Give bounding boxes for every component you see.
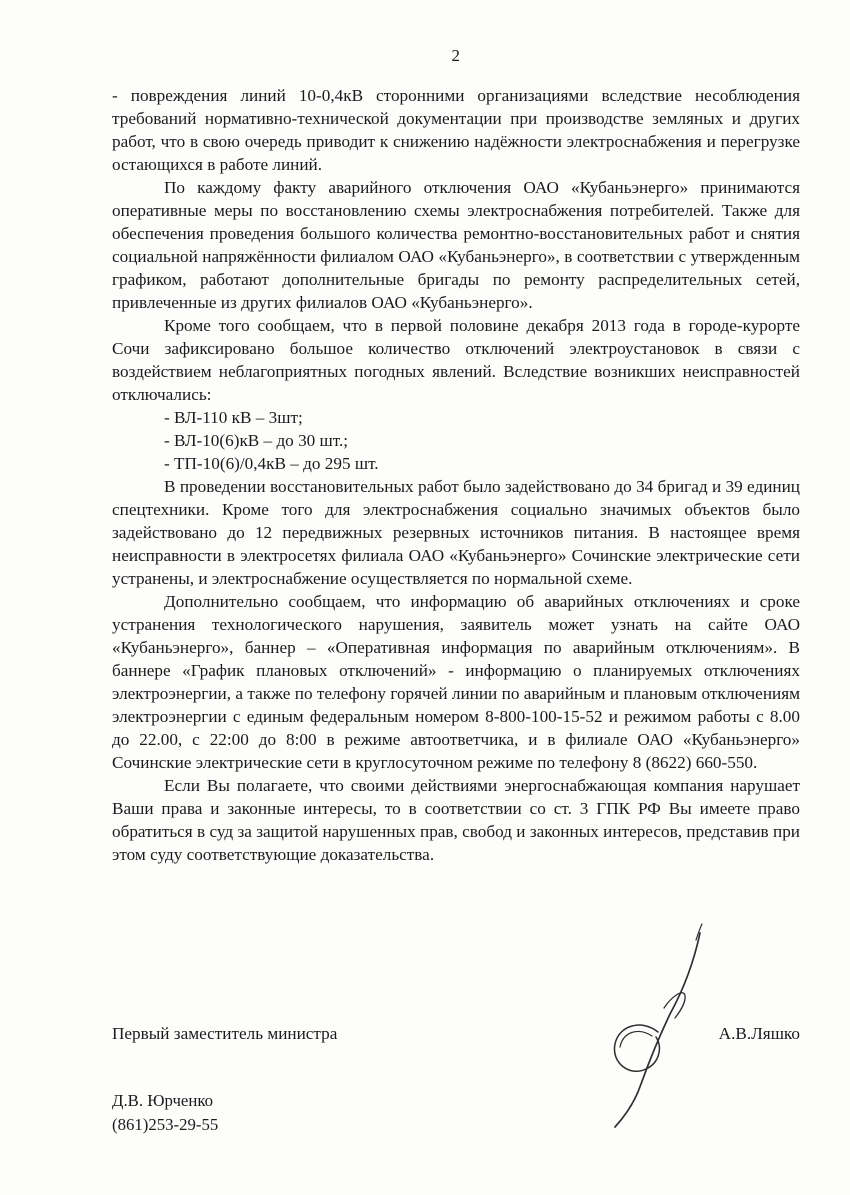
- outage-list: - ВЛ-110 кВ – 3шт; - ВЛ-10(6)кВ – до 30 …: [112, 406, 800, 475]
- paragraph-sochi-outages: Кроме того сообщаем, что в первой полови…: [112, 314, 800, 406]
- paragraph-response-measures: По каждому факту аварийного отключения О…: [112, 176, 800, 314]
- executor-phone: (861)253-29-55: [112, 1113, 218, 1137]
- paragraph-legal-rights: Если Вы полагаете, что своими действиями…: [112, 774, 800, 866]
- paragraph-damage-causes: - повреждения линий 10-0,4кВ сторонними …: [112, 84, 800, 176]
- paragraph-restoration-works: В проведении восстановительных работ был…: [112, 475, 800, 590]
- page-number: 2: [112, 46, 800, 66]
- signer-name: А.В.Ляшко: [719, 1022, 800, 1045]
- outage-list-item: - ТП-10(6)/0,4кВ – до 295 шт.: [112, 452, 800, 475]
- executor-block: Д.В. Юрченко (861)253-29-55: [112, 1089, 218, 1137]
- signature-row: Первый заместитель министра А.В.Ляшко: [112, 1022, 800, 1045]
- executor-name: Д.В. Юрченко: [112, 1089, 218, 1113]
- document-page: 2 - повреждения линий 10-0,4кВ сторонним…: [0, 0, 850, 1195]
- outage-list-item: - ВЛ-110 кВ – 3шт;: [112, 406, 800, 429]
- signer-title: Первый заместитель министра: [112, 1022, 337, 1045]
- paragraph-information-channels: Дополнительно сообщаем, что информацию о…: [112, 590, 800, 774]
- letter-body: - повреждения линий 10-0,4кВ сторонними …: [112, 84, 800, 866]
- outage-list-item: - ВЛ-10(6)кВ – до 30 шт.;: [112, 429, 800, 452]
